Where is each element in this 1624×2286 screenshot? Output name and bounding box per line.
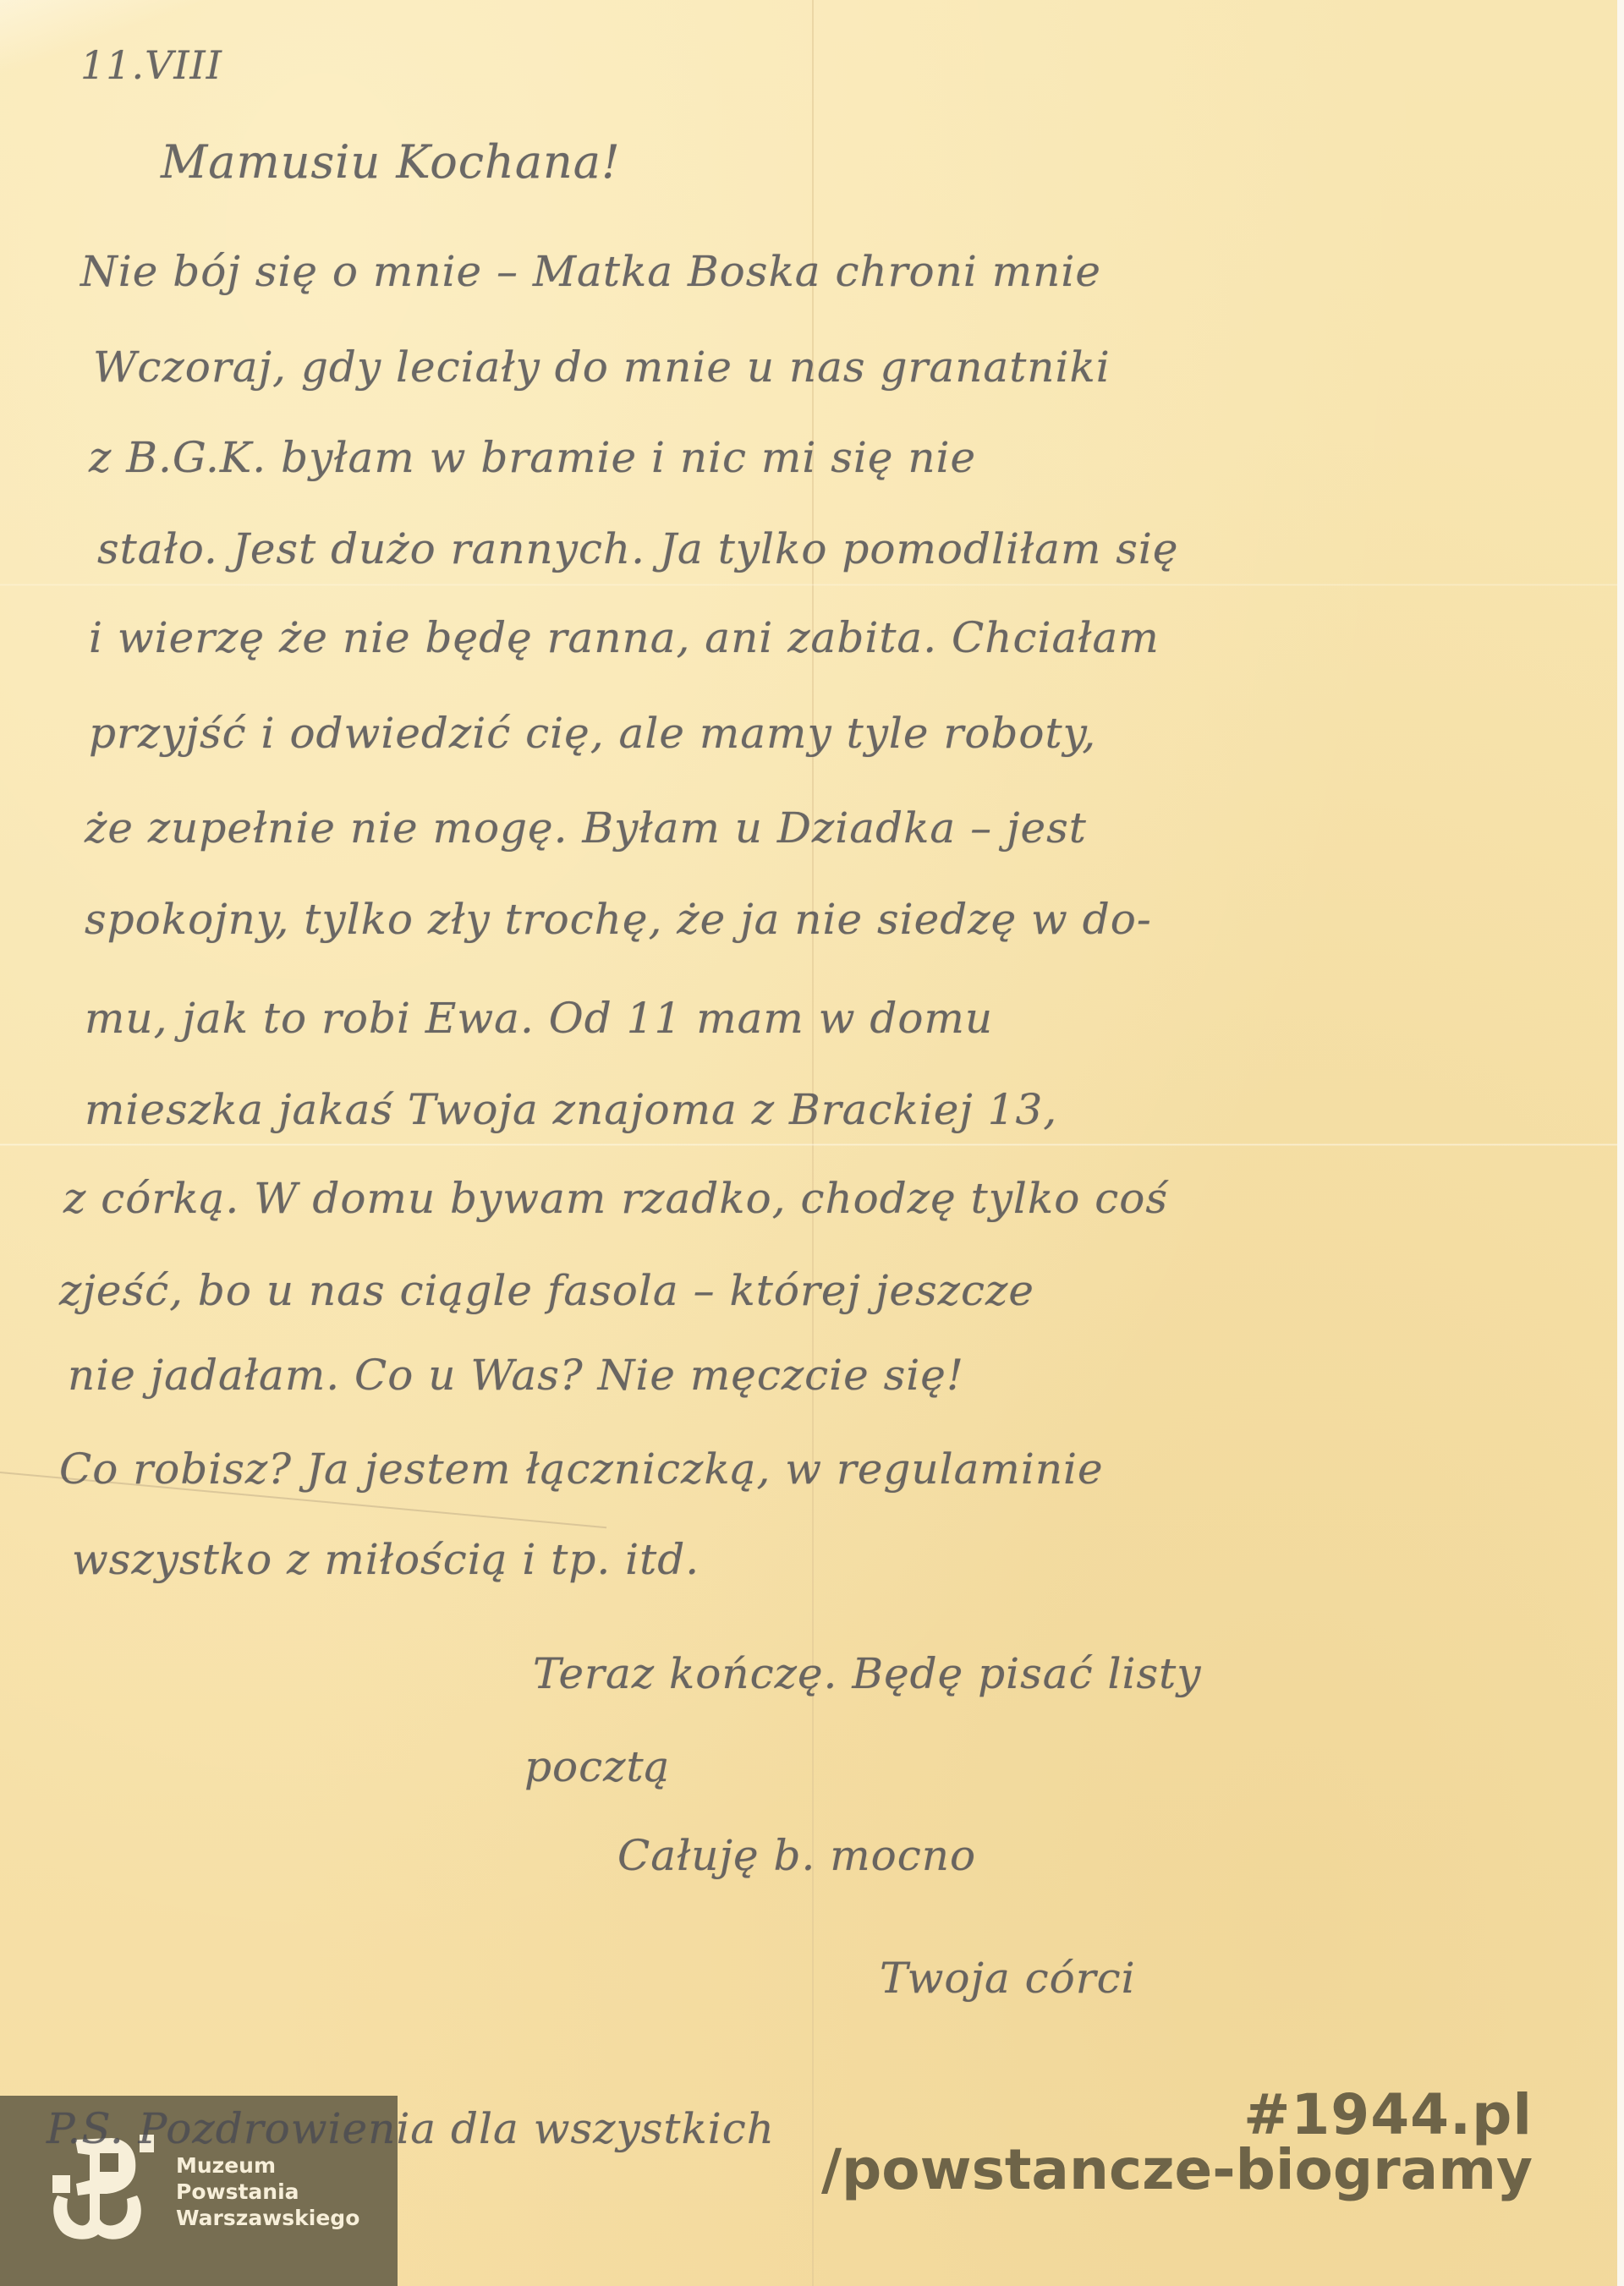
body-line: stało. Jest dużo rannych. Ja tylko pomod… <box>97 524 1179 573</box>
body-line: zjeść, bo u nas ciągle fasola – której j… <box>59 1266 1034 1315</box>
letter-greeting: Mamusiu Kochana! <box>161 135 621 189</box>
letter-date: 11.VIII <box>80 42 222 88</box>
museum-name: Muzeum Powstania Warszawskiego <box>176 2152 359 2231</box>
body-line: z córką. W domu bywam rzadko, chodzę tyl… <box>63 1174 1168 1223</box>
body-line: mu, jak to robi Ewa. Od 11 mam w domu <box>85 994 993 1043</box>
body-line: Nie bój się o mnie – Matka Boska chroni … <box>80 247 1101 296</box>
body-line: przyjść i odwiedzić cię, ale mamy tyle r… <box>89 709 1096 758</box>
body-line: spokojny, tylko zły trochę, że ja nie si… <box>85 895 1152 944</box>
body-line: Co robisz? Ja jestem łączniczką, w regul… <box>59 1445 1104 1494</box>
museum-name-line: Warszawskiego <box>176 2205 359 2231</box>
closing-line: pocztą <box>524 1742 670 1791</box>
horizontal-crease <box>0 584 1617 586</box>
body-line: z B.G.K. byłam w bramie i nic mi się nie <box>89 433 976 482</box>
body-line: że zupełnie nie mogę. Byłam u Dziadka – … <box>85 803 1087 852</box>
body-line: i wierzę że nie będę ranna, ani zabita. … <box>89 613 1160 662</box>
horizontal-fold-line <box>0 1143 1617 1146</box>
scan-edge <box>1617 0 1624 2286</box>
museum-name-line: Muzeum <box>176 2152 359 2179</box>
postscript: P.S. Pozdrowienia dla wszystkich <box>47 2104 775 2153</box>
body-line: nie jadałam. Co u Was? Nie męczcie się! <box>68 1351 964 1400</box>
closing-line: Całuję b. mocno <box>617 1831 976 1880</box>
signature: Twoja córci <box>880 1954 1136 2003</box>
body-line: wszystko z miłością i tp. itd. <box>72 1535 700 1584</box>
site-path: /powstancze-biogramy <box>821 2137 1533 2202</box>
body-line: mieszka jakaś Twoja znajoma z Brackiej 1… <box>85 1085 1057 1134</box>
closing-line: Teraz kończę. Będę pisać listy <box>533 1649 1202 1698</box>
museum-name-line: Powstania <box>176 2179 359 2205</box>
body-line: Wczoraj, gdy leciały do mnie u nas grana… <box>93 343 1111 392</box>
